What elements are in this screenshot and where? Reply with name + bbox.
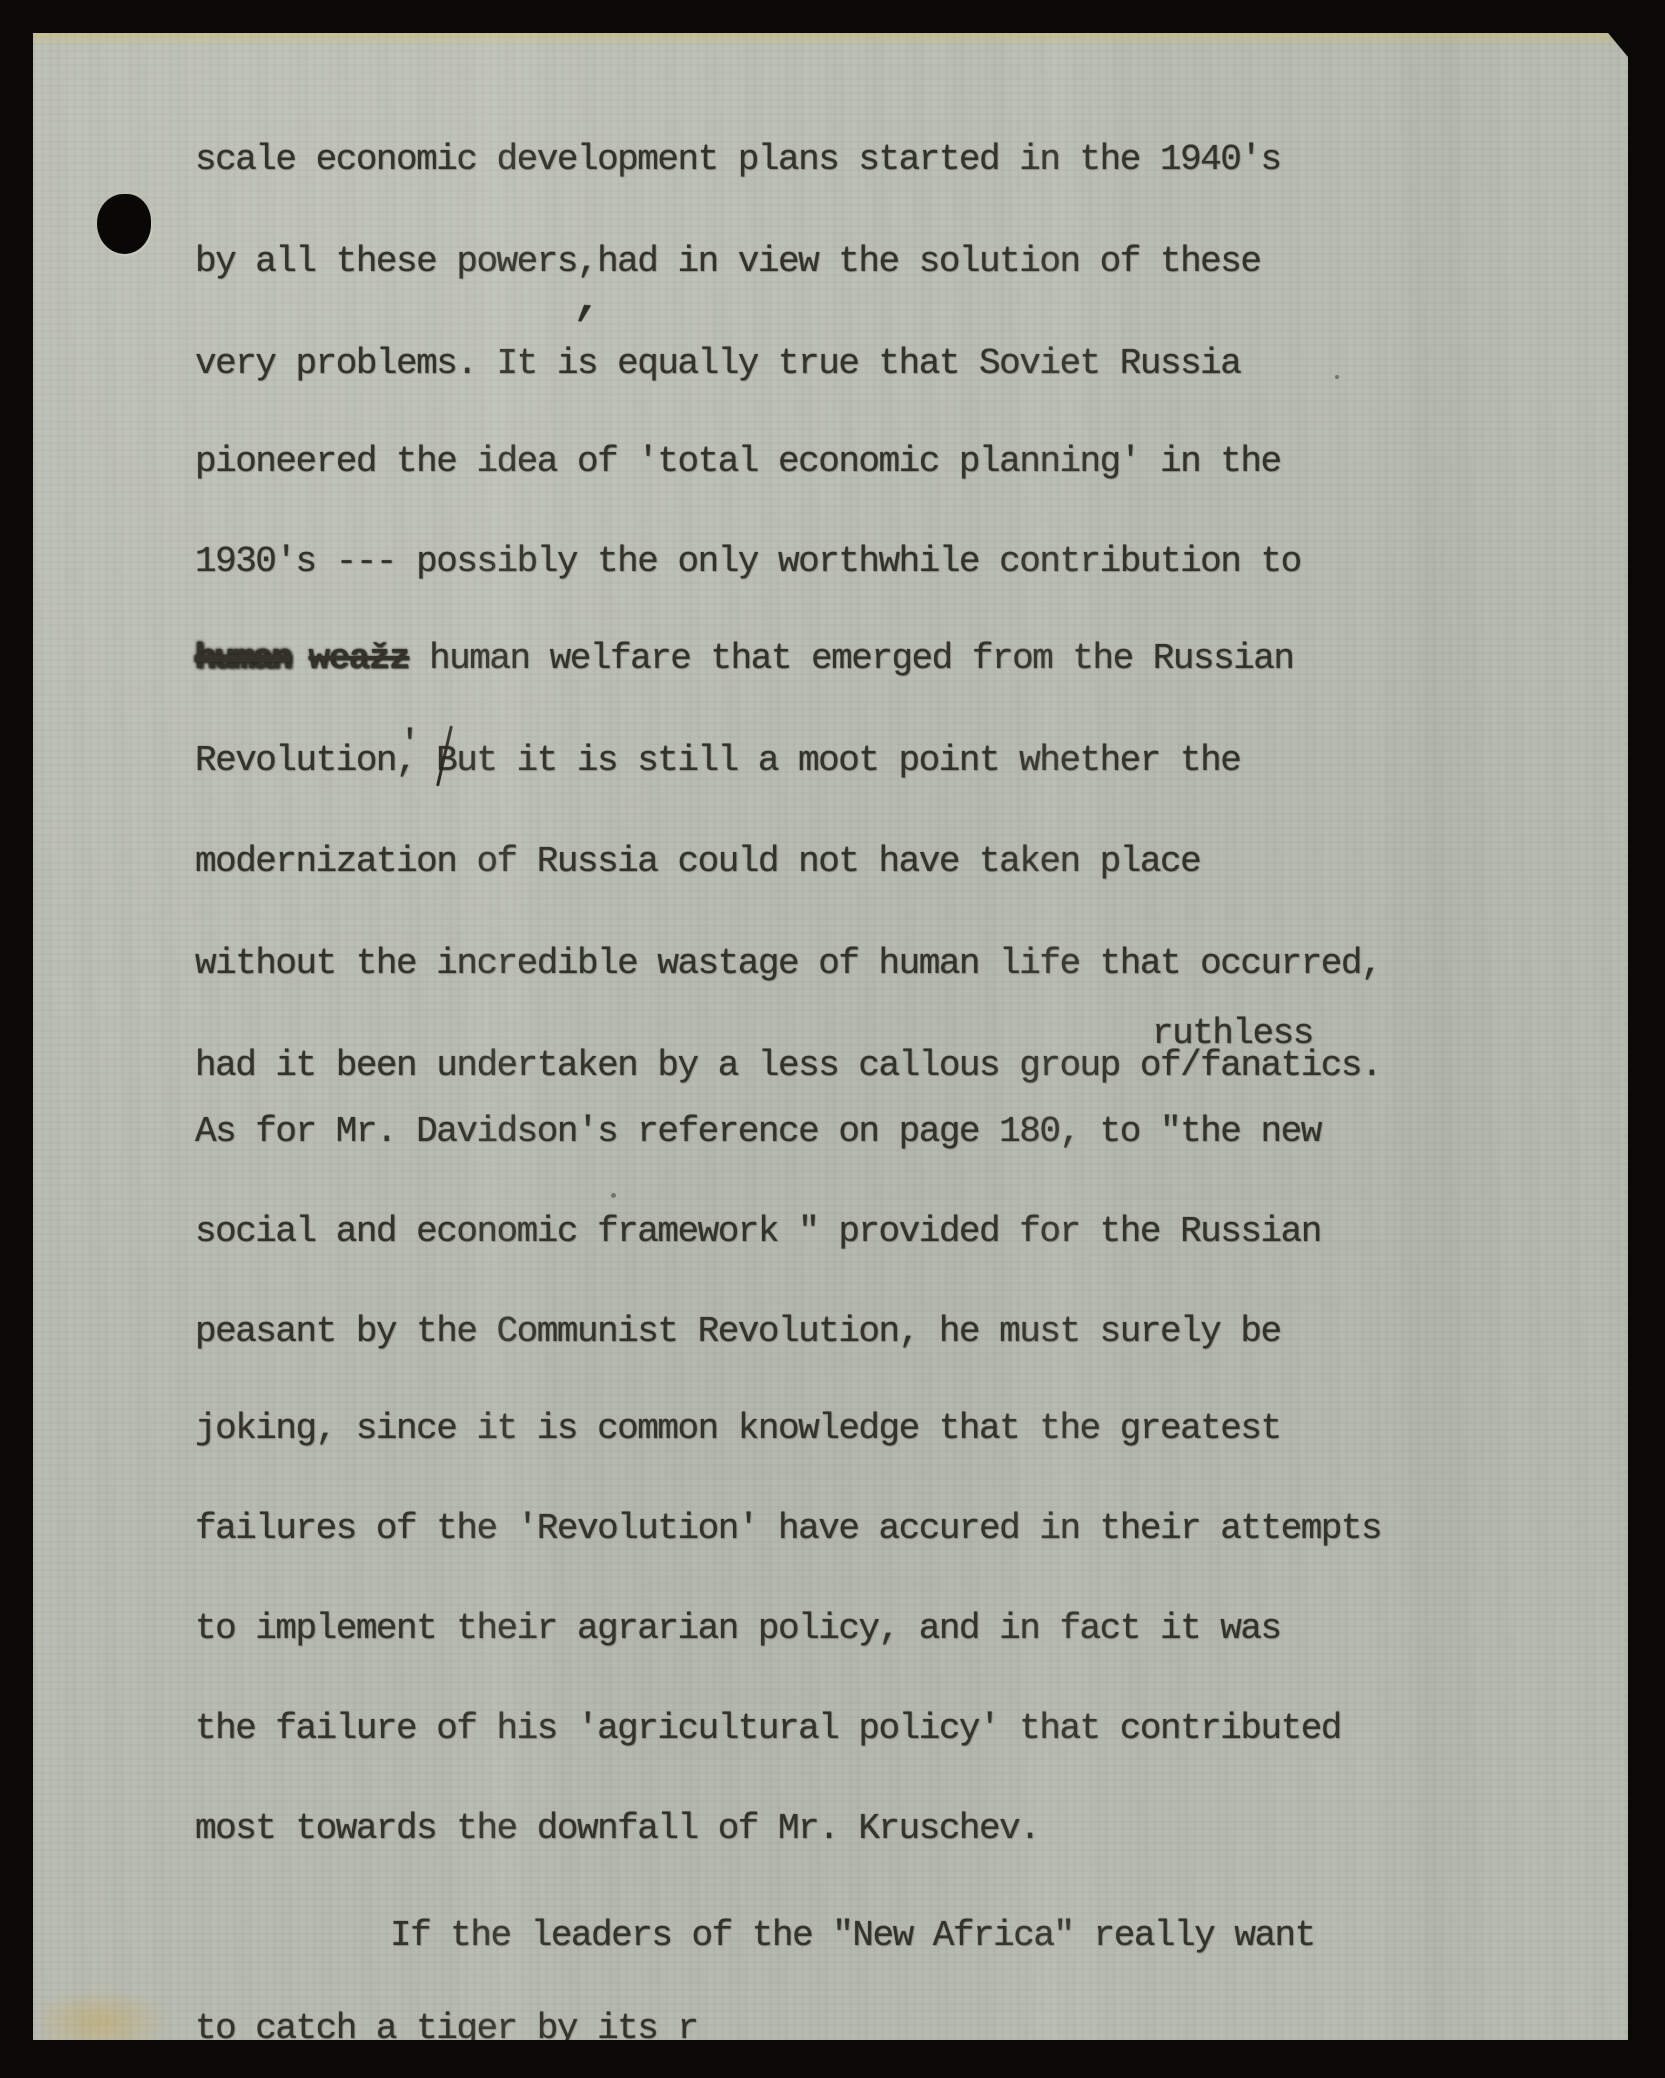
typed-line: had it been undertaken by a less callous…: [195, 1046, 1381, 1086]
typed-text-layer: scale economic development plans started…: [33, 33, 1628, 2040]
typed-line: failures of the 'Revolution' have accure…: [195, 1509, 1381, 1549]
typed-line: As for Mr. Davidson's reference on page …: [195, 1112, 1321, 1152]
typed-apostrophe: ': [399, 725, 419, 765]
typed-line: to implement their agrarian policy, and …: [195, 1609, 1281, 1649]
slashed-capital-letter: B: [436, 741, 456, 781]
typed-line: peasant by the Communist Revolution, he …: [195, 1312, 1281, 1352]
typed-text: ut it is still a moot point whether the: [456, 740, 1240, 781]
overstruck-punctuation: ',: [396, 741, 416, 781]
struck-out-word: weažz: [309, 638, 410, 679]
typed-line: social and economic framework " provided…: [195, 1212, 1321, 1252]
typed-line: the failure of his 'agricultural policy'…: [195, 1709, 1341, 1749]
struck-out-word: human: [195, 638, 291, 679]
typed-text: Revolution: [195, 740, 396, 781]
typed-line: modernization of Russia could not have t…: [195, 842, 1200, 882]
typed-line: by all these powers,had in view the solu…: [195, 242, 1261, 282]
typed-line: very problems. It is equally true that S…: [195, 344, 1240, 384]
typed-line: without the incredible wastage of human …: [195, 944, 1381, 984]
typed-line: If the leaders of the "New Africa" reall…: [390, 1916, 1315, 1956]
typed-line-with-correction: Revolution',But it is still a moot point…: [195, 741, 1240, 781]
typed-line: to catch a tiger by its r: [195, 2009, 698, 2040]
typed-line: 1930's --- possibly the only worthwhile …: [195, 542, 1301, 582]
handwritten-comma: ,: [571, 269, 608, 331]
typed-line: joking, since it is common knowledge tha…: [195, 1409, 1281, 1449]
typed-line: most towards the downfall of Mr. Krusche…: [195, 1809, 1039, 1849]
typed-line: scale economic development plans started…: [195, 140, 1281, 180]
paper-sheet: scale economic development plans started…: [33, 33, 1628, 2040]
typed-line-with-strikeout: humanweažzhuman welfare that emerged fro…: [195, 639, 1294, 679]
typed-line: pioneered the idea of 'total economic pl…: [195, 442, 1281, 482]
typed-text: human welfare that emerged from the Russ…: [429, 638, 1293, 679]
